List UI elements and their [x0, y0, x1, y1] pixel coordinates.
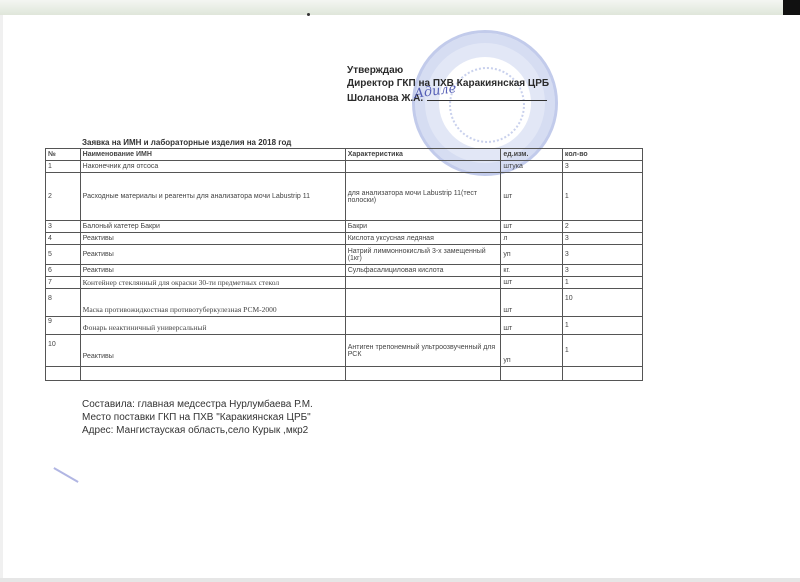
cell-quantity: 1	[562, 317, 642, 335]
cell-characteristic	[345, 277, 501, 289]
cell-name: Контейнер стеклянный для окраски 30-ти п…	[80, 277, 345, 289]
request-table: № Наименование ИМН Характеристика ед.изм…	[45, 148, 643, 381]
cell-name	[80, 367, 345, 381]
cell-quantity: 2	[562, 221, 642, 233]
cell-unit: шт	[501, 317, 563, 335]
delivery-address: Адрес: Мангистауская область,село Курык …	[82, 424, 313, 437]
approval-heading: Утверждаю	[347, 64, 549, 77]
table-row: 10 Реактивы Антиген трепонемный ультрооз…	[46, 335, 643, 367]
cell-unit: уп	[501, 335, 563, 367]
cell-name: Наконечник для отсоса	[80, 161, 345, 173]
document-title: Заявка на ИМН и лабораторные изделия на …	[82, 138, 291, 147]
header-characteristic: Характеристика	[345, 149, 501, 161]
cell-name: Балоный катетер Бакри	[80, 221, 345, 233]
cell-characteristic: для анализатора мочи Labustrip 11(тест п…	[345, 173, 501, 221]
cell-quantity: 10	[562, 289, 642, 317]
cell-name: Расходные материалы и реагенты для анали…	[80, 173, 345, 221]
cell-number: 1	[46, 161, 81, 173]
cell-characteristic: Кислота уксусная ледяная	[345, 233, 501, 245]
table-row: 3 Балоный катетер Бакри Бакри шт 2	[46, 221, 643, 233]
cell-unit: кг.	[501, 265, 563, 277]
cell-characteristic: Натрий лиммоннокислый 3-х замещенный (1к…	[345, 245, 501, 265]
cell-quantity: 3	[562, 161, 642, 173]
cell-number	[46, 367, 81, 381]
cell-name: Фонарь неактиничный универсальный	[80, 317, 345, 335]
cell-unit: штука	[501, 161, 563, 173]
cell-number: 8	[46, 289, 81, 317]
cell-unit: л	[501, 233, 563, 245]
table-row: 7 Контейнер стеклянный для окраски 30-ти…	[46, 277, 643, 289]
cell-number: 6	[46, 265, 81, 277]
cell-quantity: 3	[562, 233, 642, 245]
cell-unit: шт	[501, 221, 563, 233]
cell-number: 2	[46, 173, 81, 221]
cell-quantity	[562, 367, 642, 381]
cell-quantity: 1	[562, 173, 642, 221]
cell-unit: шт	[501, 277, 563, 289]
scan-bottom-edge	[0, 578, 800, 582]
header-quantity: кол-во	[562, 149, 642, 161]
cell-characteristic	[345, 317, 501, 335]
cell-name: Реактивы	[80, 245, 345, 265]
cell-number: 10	[46, 335, 81, 367]
cell-number: 9	[46, 317, 81, 335]
cell-name: Реактивы	[80, 335, 345, 367]
cell-quantity: 1	[562, 335, 642, 367]
cell-name: Маска противожидкостная противотуберкуле…	[80, 289, 345, 317]
header-unit: ед.изм.	[501, 149, 563, 161]
cell-unit: уп	[501, 245, 563, 265]
cell-characteristic	[345, 289, 501, 317]
cell-characteristic: Бакри	[345, 221, 501, 233]
scan-corner-mark	[783, 0, 800, 15]
approval-name: Шоланова Ж.А.	[347, 93, 423, 104]
cell-number: 3	[46, 221, 81, 233]
table-row: 2 Расходные материалы и реагенты для ана…	[46, 173, 643, 221]
cell-characteristic	[345, 161, 501, 173]
header-name: Наименование ИМН	[80, 149, 345, 161]
compiled-by: Составила: главная медсестра Нурлумбаева…	[82, 398, 313, 411]
scan-left-edge	[0, 15, 3, 582]
cell-characteristic	[345, 367, 501, 381]
cell-number: 7	[46, 277, 81, 289]
cell-quantity: 1	[562, 277, 642, 289]
cell-unit: шт	[501, 289, 563, 317]
pen-mark	[53, 467, 78, 483]
table-row: 5 Реактивы Натрий лиммоннокислый 3-х зам…	[46, 245, 643, 265]
cell-number: 5	[46, 245, 81, 265]
delivery-place: Место поставки ГКП на ПХВ "Каракиянская …	[82, 411, 313, 424]
cell-number: 4	[46, 233, 81, 245]
table-row-empty	[46, 367, 643, 381]
table-row: 9 Фонарь неактиничный универсальный шт 1	[46, 317, 643, 335]
scan-dot-mark	[307, 13, 310, 16]
table-row: 4 Реактивы Кислота уксусная ледяная л 3	[46, 233, 643, 245]
header-number: №	[46, 149, 81, 161]
footer-block: Составила: главная медсестра Нурлумбаева…	[82, 398, 313, 437]
cell-unit: шт	[501, 173, 563, 221]
table-row: 8 Маска противожидкостная противотуберку…	[46, 289, 643, 317]
cell-characteristic: Антиген трепонемный ультроозвученный для…	[345, 335, 501, 367]
table-row: 1 Наконечник для отсоса штука 3	[46, 161, 643, 173]
table-header-row: № Наименование ИМН Характеристика ед.изм…	[46, 149, 643, 161]
table-row: 6 Реактивы Сульфасалициловая кислота кг.…	[46, 265, 643, 277]
cell-unit	[501, 367, 563, 381]
scan-top-edge	[0, 0, 800, 15]
cell-name: Реактивы	[80, 265, 345, 277]
cell-name: Реактивы	[80, 233, 345, 245]
cell-quantity: 3	[562, 245, 642, 265]
cell-characteristic: Сульфасалициловая кислота	[345, 265, 501, 277]
cell-quantity: 3	[562, 265, 642, 277]
